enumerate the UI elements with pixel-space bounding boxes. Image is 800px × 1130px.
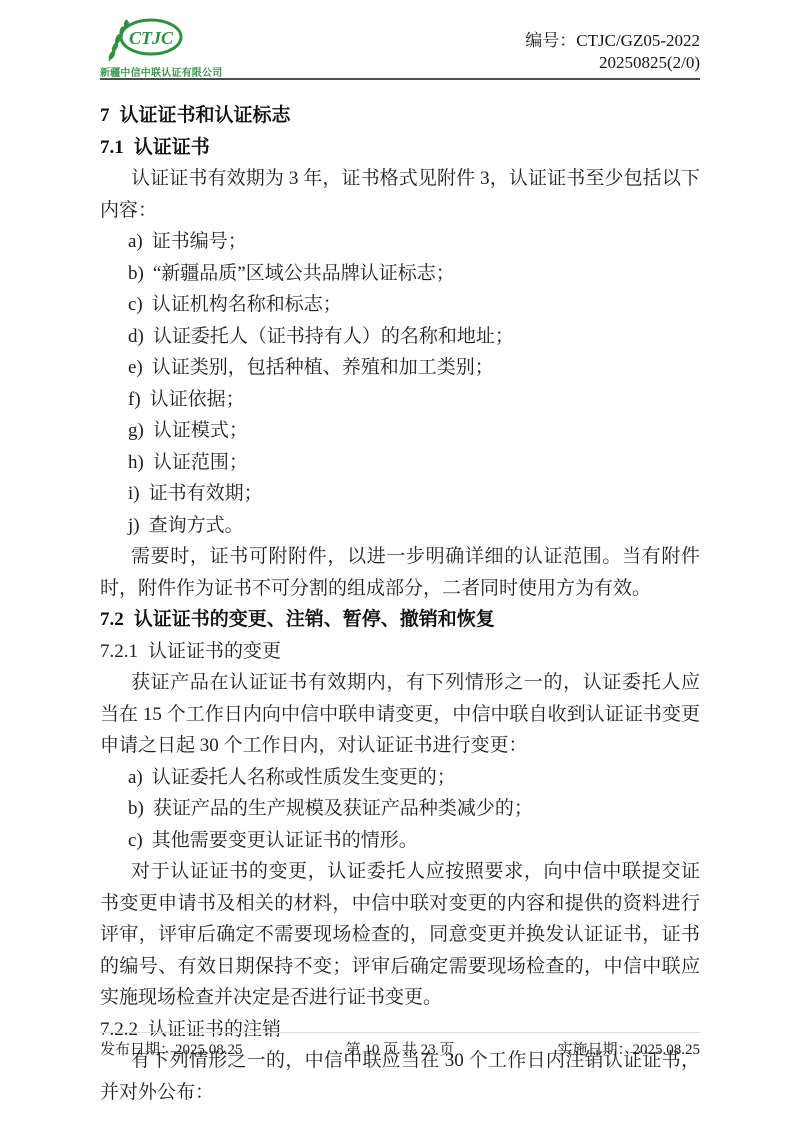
list-marker: h) (128, 452, 144, 473)
section-title: 认证证书 (134, 137, 210, 158)
list-text: 其他需要变更认证证书的情形。 (152, 830, 418, 851)
list-marker: a) (128, 767, 143, 788)
footer-implementation-date: 实施日期：2025.08.25 (557, 1040, 700, 1060)
list-marker: a) (128, 231, 143, 252)
section-title: 认证证书的变更、注销、暂停、撤销和恢复 (134, 609, 495, 630)
section-heading-7-2: 7.2认证证书的变更、注销、暂停、撤销和恢复 (100, 604, 700, 636)
list-marker: e) (128, 357, 143, 378)
doc-number-block: 编号：CTJC/GZ05-2022 20250825(2/0) (525, 30, 700, 74)
footer-rule (100, 1032, 700, 1033)
doc-number-line: 编号：CTJC/GZ05-2022 (525, 30, 700, 52)
list-item: d)认证委托人（证书持有人）的名称和地址； (100, 321, 700, 353)
list-item: h)认证范围； (100, 447, 700, 479)
paragraph: 获证产品在认证证书有效期内，有下列情形之一的，认证委托人应当在 15 个工作日内… (100, 667, 700, 762)
section-number: 7.2.2 (100, 1019, 138, 1040)
paragraph: 对于认证证书的变更，认证委托人应按照要求，向中信中联提交证书变更申请书及相关的材… (100, 856, 700, 1014)
list-item: b)“新疆品质”区域公共品牌认证标志； (100, 258, 700, 290)
list-marker: d) (128, 326, 144, 347)
section-number: 7.1 (100, 137, 124, 158)
section-title: 认证证书的变更 (148, 641, 281, 662)
section-heading-7-1: 7.1认证证书 (100, 132, 700, 164)
list-text: 认证机构名称和标志； (152, 294, 342, 315)
list-text: 获证产品的生产规模及获证产品种类减少的； (153, 798, 533, 819)
list-item: b)获证产品的生产规模及获证产品种类减少的； (100, 793, 700, 825)
list-text: “新疆品质”区域公共品牌认证标志； (153, 263, 455, 284)
ctjc-logo-icon: CTJC (100, 16, 186, 62)
list-marker: b) (128, 263, 144, 284)
section-number: 7.2.1 (100, 641, 138, 662)
list-item: c)认证机构名称和标志； (100, 289, 700, 321)
logo-text: CTJC (129, 28, 174, 48)
list-item: i)证书有效期； (100, 478, 700, 510)
list-text: 认证依据； (150, 389, 245, 410)
section-heading-7: 7认证证书和认证标志 (100, 100, 700, 132)
list-marker: c) (128, 830, 143, 851)
footer-page-number: 第 10 页 共 23 页 (346, 1040, 455, 1060)
list-text: 证书有效期； (149, 483, 263, 504)
document-body: 7认证证书和认证标志 7.1认证证书 认证证书有效期为 3 年，证书格式见附件 … (100, 100, 700, 1108)
list-marker: j) (128, 515, 140, 536)
list-text: 查询方式。 (149, 515, 244, 536)
logo: CTJC 新疆中信中联认证有限公司 (100, 16, 222, 79)
list-item: j)查询方式。 (100, 510, 700, 542)
header-rule (100, 78, 700, 80)
section-number: 7 (100, 105, 110, 126)
list-marker: f) (128, 389, 141, 410)
list-item: a)证书编号； (100, 226, 700, 258)
list-text: 证书编号； (152, 231, 247, 252)
list-marker: i) (128, 483, 140, 504)
document-page: CTJC 新疆中信中联认证有限公司 编号：CTJC/GZ05-2022 2025… (0, 0, 800, 1130)
paragraph: 认证证书有效期为 3 年，证书格式见附件 3，认证证书至少包括以下内容： (100, 163, 700, 226)
list-item: a)认证委托人名称或性质发生变更的； (100, 762, 700, 794)
paragraph: 需要时，证书可附附件，以进一步明确详细的认证范围。当有附件时，附件作为证书不可分… (100, 541, 700, 604)
page-header: CTJC 新疆中信中联认证有限公司 编号：CTJC/GZ05-2022 2025… (100, 14, 700, 76)
list-item: c)其他需要变更认证证书的情形。 (100, 825, 700, 857)
list-item: e)认证类别，包括种植、养殖和加工类别； (100, 352, 700, 384)
list-marker: c) (128, 294, 143, 315)
list-text: 认证模式； (153, 420, 248, 441)
list-text: 认证委托人（证书持有人）的名称和地址； (153, 326, 514, 347)
footer-release-date: 发布日期：2025.08.25 (100, 1040, 243, 1060)
list-text: 认证范围； (153, 452, 248, 473)
list-marker: b) (128, 798, 144, 819)
list-text: 认证类别，包括种植、养殖和加工类别； (152, 357, 494, 378)
section-title: 认证证书的注销 (148, 1019, 281, 1040)
list-text: 认证委托人名称或性质发生变更的； (152, 767, 456, 788)
section-title: 认证证书和认证标志 (120, 105, 291, 126)
list-marker: g) (128, 420, 144, 441)
section-number: 7.2 (100, 609, 124, 630)
section-heading-7-2-1: 7.2.1认证证书的变更 (100, 636, 700, 668)
doc-version-line: 20250825(2/0) (525, 52, 700, 74)
list-item: f)认证依据； (100, 384, 700, 416)
list-item: g)认证模式； (100, 415, 700, 447)
page-footer: 发布日期：2025.08.25 第 10 页 共 23 页 实施日期：2025.… (100, 1040, 700, 1060)
